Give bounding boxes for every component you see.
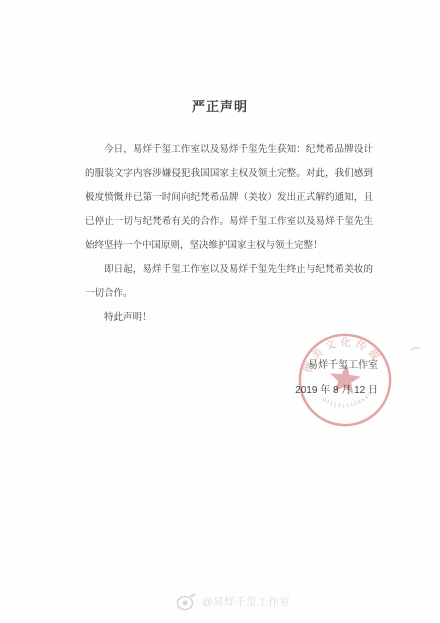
signature-block: 易烊千玺工作室 2019 年 8 月 12 日: [295, 353, 378, 403]
watermark-text: @易烊千玺工作室: [202, 594, 290, 609]
statement-paragraph: 即日起，易烊千玺工作室以及易烊千玺先生终止与纪梵希美妆的一切合作。: [85, 258, 373, 306]
signature-name: 易烊千玺工作室: [295, 353, 378, 378]
weibo-watermark: @易烊千玺工作室: [176, 592, 290, 611]
page-title: 严正声明: [85, 96, 355, 115]
scan-artifact: [409, 346, 422, 355]
statement-paragraph: 特此声明！: [85, 306, 373, 330]
statement-body: 今日，易烊千玺工作室以及易烊千玺先生获知：纪梵希品牌设计的服装文字内容涉嫌侵犯我…: [85, 138, 373, 330]
weibo-logo-icon: [176, 592, 197, 611]
statement-paragraph: 今日，易烊千玺工作室以及易烊千玺先生获知：纪梵希品牌设计的服装文字内容涉嫌侵犯我…: [85, 138, 373, 258]
document-page: 严正声明 今日，易烊千玺工作室以及易烊千玺先生获知：纪梵希品牌设计的服装文字内容…: [0, 0, 440, 623]
signature-date: 2019 年 8 月 12 日: [295, 378, 378, 403]
